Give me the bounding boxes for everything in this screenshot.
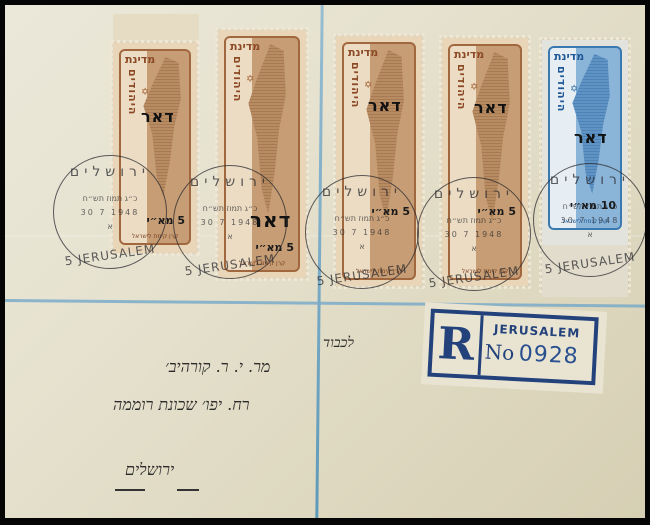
address-line-3: רח. יפו׳ שכונת רוממה xyxy=(113,395,250,415)
stamp-title: מדינת xyxy=(554,50,584,63)
postmark: ירושלים כ״ג תמוז תש״ח 30 7 1948 א 5 JERU… xyxy=(173,165,287,279)
postmark-hebrew-date: כ״ג תמוז תש״ח xyxy=(544,202,636,211)
doar-overprint: דאר xyxy=(474,98,508,117)
postmark-letter: א xyxy=(418,244,530,253)
postmark-city-hebrew: ירושלים xyxy=(418,186,530,202)
stamp-selvage-top xyxy=(113,14,199,46)
postmark-hebrew-date: כ״ג תמוז תש״ח xyxy=(316,214,408,223)
postmark: ירושלים כ״ג תמוז תש״ח 30 7 1948 א 5 JERU… xyxy=(305,175,419,289)
stamp-side-title: היהודים xyxy=(230,56,244,103)
registration-no-label: No xyxy=(484,339,515,365)
star-of-david-icon: ✡ xyxy=(570,84,578,95)
registration-number: 0928 xyxy=(518,341,579,369)
postmark-letter: א xyxy=(174,232,286,241)
doar-overprint: דאר xyxy=(368,96,402,115)
address-underline xyxy=(115,489,145,491)
postmark-city-english: 5 JERUSALEM xyxy=(534,248,645,277)
stamp-title: מדינת xyxy=(230,40,260,53)
stamp-title: מדינת xyxy=(125,53,155,66)
postmark-hebrew-date: כ״ג תמוז תש״ח xyxy=(64,194,156,203)
address-line-1: לכבוד xyxy=(323,335,354,352)
stamp-side-title: היהודים xyxy=(454,64,468,111)
postmark-letter: א xyxy=(534,230,645,239)
postmark-city-english: 5 JERUSALEM xyxy=(54,240,167,269)
postmark-city-hebrew: ירושלים xyxy=(534,172,645,188)
envelope: מדינת היהודים ✡ דאר 5 מא״י קרן קימת לישר… xyxy=(5,5,645,518)
registration-city: JERUSALEM xyxy=(494,322,581,341)
star-of-david-icon: ✡ xyxy=(141,87,149,98)
postmark-city-hebrew: ירושלים xyxy=(54,164,166,180)
registered-r-letter: R xyxy=(432,313,484,375)
postmark-city-english: 5 JERUSALEM xyxy=(418,262,531,291)
star-of-david-icon: ✡ xyxy=(470,82,478,93)
postmark-date: 30 7 1948 xyxy=(316,228,408,237)
postmark-city-hebrew: ירושלים xyxy=(174,174,286,190)
stamp-side-title: היהודים xyxy=(348,62,362,109)
address-underline xyxy=(177,489,199,491)
postmark-date: 30 7 1948 xyxy=(544,216,636,225)
postmark-hebrew-date: כ״ג תמוז תש״ח xyxy=(184,204,276,213)
address-line-2: מר. י. ר. קורהיב׳ xyxy=(165,357,270,377)
postmark: ירושלים כ״ג תמוז תש״ח 30 7 1948 א 5 JERU… xyxy=(53,155,167,269)
stamp-title: מדינת xyxy=(454,48,484,61)
postmark-letter: א xyxy=(306,242,418,251)
postmark-date: 30 7 1948 xyxy=(64,208,156,217)
stamp-side-title: היהודים xyxy=(125,69,139,116)
star-of-david-icon: ✡ xyxy=(246,74,254,85)
registration-label: R JERUSALEM No 0928 xyxy=(421,302,607,393)
star-of-david-icon: ✡ xyxy=(364,80,372,91)
postmark-hebrew-date: כ״ג תמוז תש״ח xyxy=(428,216,520,225)
postmark-date: 30 7 1948 xyxy=(428,230,520,239)
stamp-side-title: היהודים xyxy=(554,66,568,113)
doar-overprint: דאר xyxy=(574,128,608,147)
address-line-4: ירושלים xyxy=(125,460,174,480)
postmark: ירושלים כ״ג תמוז תש״ח 30 7 1948 א 5 JERU… xyxy=(417,177,531,291)
postmark-date: 30 7 1948 xyxy=(184,218,276,227)
doar-overprint: דאר xyxy=(141,107,175,126)
postmark: ירושלים כ״ג תמוז תש״ח 30 7 1948 א 5 JERU… xyxy=(533,163,645,277)
stamp-title: מדינת xyxy=(348,46,378,59)
postmark-city-hebrew: ירושלים xyxy=(306,184,418,200)
postmark-letter: א xyxy=(54,222,166,231)
blue-crayon-line-horizontal xyxy=(5,299,645,308)
